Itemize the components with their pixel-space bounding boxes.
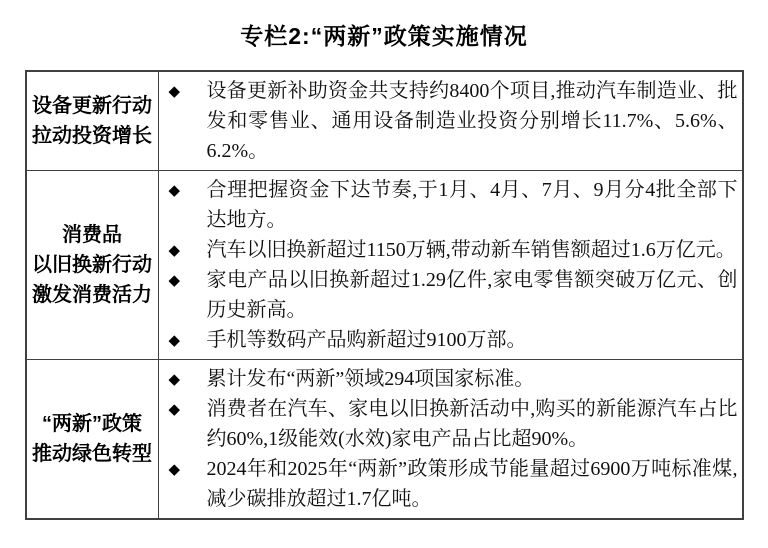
- row-content: ◆ 累计发布“两新”领域294项国家标准。 ◆ 消费者在汽车、家电以旧换新活动中…: [159, 360, 742, 518]
- table-row: 消费品 以旧换新行动 激发消费活力 ◆ 合理把握资金下达节奏,于1月、4月、7月…: [27, 170, 742, 359]
- row-header-equipment-renewal: 设备更新行动 拉动投资增长: [27, 72, 159, 170]
- bullet-item: ◆ 设备更新补助资金共支持约8400个项目,推动汽车制造业、批发和零售业、通用设…: [167, 76, 738, 166]
- row-header-tradein-consumption: 消费品 以旧换新行动 激发消费活力: [27, 171, 159, 359]
- diamond-bullet-icon: ◆: [167, 454, 207, 484]
- bullet-text: 家电产品以旧换新超过1.29亿件,家电零售额突破万亿元、创历史新高。: [207, 265, 738, 325]
- bullet-text: 消费者在汽车、家电以旧换新活动中,购买的新能源汽车占比约60%,1级能效(水效)…: [207, 394, 738, 454]
- policy-table: 设备更新行动 拉动投资增长 ◆ 设备更新补助资金共支持约8400个项目,推动汽车…: [25, 70, 744, 520]
- diamond-bullet-icon: ◆: [167, 394, 207, 424]
- diamond-bullet-icon: ◆: [167, 325, 207, 355]
- bullet-item: ◆ 2024年和2025年“两新”政策形成节能量超过6900万吨标准煤,减少碳排…: [167, 454, 738, 514]
- diamond-bullet-icon: ◆: [167, 364, 207, 394]
- diamond-bullet-icon: ◆: [167, 235, 207, 265]
- bullet-text: 汽车以旧换新超过1150万辆,带动新车销售额超过1.6万亿元。: [207, 235, 738, 265]
- bullet-text: 累计发布“两新”领域294项国家标准。: [207, 364, 738, 394]
- bullet-item: ◆ 手机等数码产品购新超过9100万部。: [167, 325, 738, 355]
- bullet-item: ◆ 累计发布“两新”领域294项国家标准。: [167, 364, 738, 394]
- row-content: ◆ 合理把握资金下达节奏,于1月、4月、7月、9月分4批全部下达地方。 ◆ 汽车…: [159, 171, 742, 359]
- bullet-text: 合理把握资金下达节奏,于1月、4月、7月、9月分4批全部下达地方。: [207, 175, 738, 235]
- bullet-item: ◆ 家电产品以旧换新超过1.29亿件,家电零售额突破万亿元、创历史新高。: [167, 265, 738, 325]
- table-row: 设备更新行动 拉动投资增长 ◆ 设备更新补助资金共支持约8400个项目,推动汽车…: [27, 72, 742, 170]
- bullet-text: 设备更新补助资金共支持约8400个项目,推动汽车制造业、批发和零售业、通用设备制…: [207, 76, 738, 166]
- document-page: 专栏2:“两新”政策实施情况 设备更新行动 拉动投资增长 ◆ 设备更新补助资金共…: [0, 0, 768, 548]
- diamond-bullet-icon: ◆: [167, 265, 207, 295]
- bullet-item: ◆ 合理把握资金下达节奏,于1月、4月、7月、9月分4批全部下达地方。: [167, 175, 738, 235]
- page-title: 专栏2:“两新”政策实施情况: [0, 22, 768, 50]
- bullet-text: 手机等数码产品购新超过9100万部。: [207, 325, 738, 355]
- bullet-item: ◆ 汽车以旧换新超过1150万辆,带动新车销售额超过1.6万亿元。: [167, 235, 738, 265]
- diamond-bullet-icon: ◆: [167, 175, 207, 205]
- table-row: “两新”政策 推动绿色转型 ◆ 累计发布“两新”领域294项国家标准。 ◆ 消费…: [27, 359, 742, 518]
- bullet-item: ◆ 消费者在汽车、家电以旧换新活动中,购买的新能源汽车占比约60%,1级能效(水…: [167, 394, 738, 454]
- bullet-text: 2024年和2025年“两新”政策形成节能量超过6900万吨标准煤,减少碳排放超…: [207, 454, 738, 514]
- row-content: ◆ 设备更新补助资金共支持约8400个项目,推动汽车制造业、批发和零售业、通用设…: [159, 72, 742, 170]
- diamond-bullet-icon: ◆: [167, 76, 207, 106]
- row-header-green-transition: “两新”政策 推动绿色转型: [27, 360, 159, 518]
